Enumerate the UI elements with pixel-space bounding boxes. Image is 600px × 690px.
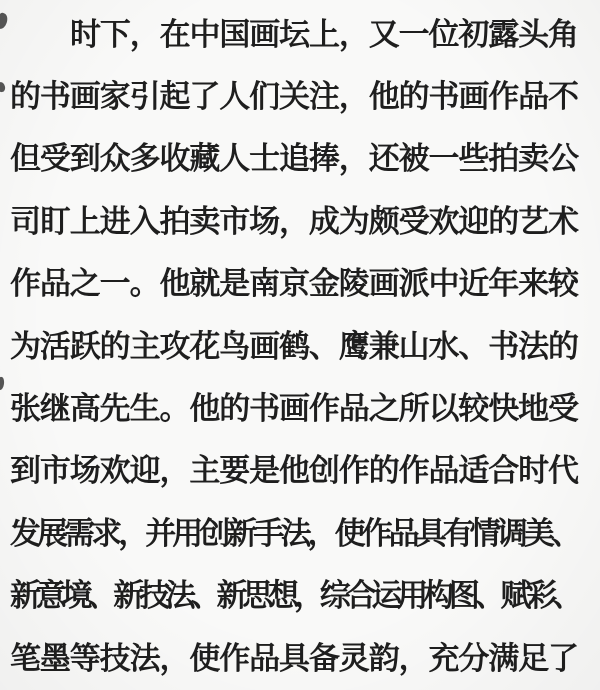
char: ， xyxy=(130,19,160,50)
char: 是 xyxy=(219,268,249,299)
text-line-6: 为活跃的主攻花鸟画鹤、鹰兼山水、书法的 xyxy=(10,315,578,377)
char: 之 xyxy=(70,268,100,299)
char: 颇 xyxy=(369,206,399,237)
char: 画 xyxy=(70,81,100,112)
char: 满 xyxy=(488,643,518,674)
char: 上 xyxy=(309,19,339,50)
char: 新 xyxy=(217,580,243,611)
char: 多 xyxy=(130,143,160,174)
char: 作 xyxy=(362,518,389,549)
char: 技 xyxy=(100,643,130,674)
char: 思 xyxy=(242,580,268,611)
text-line-5: 作品之一。他就是南京金陵画派中近年来较 xyxy=(10,253,578,315)
char: 画 xyxy=(249,331,279,362)
char: 人 xyxy=(219,143,249,174)
char: 起 xyxy=(159,81,189,112)
char: ， xyxy=(339,19,369,50)
char: 到 xyxy=(10,455,40,486)
char: 意 xyxy=(36,580,62,611)
char: 还 xyxy=(369,143,399,174)
char: 公 xyxy=(548,143,578,174)
char: 他 xyxy=(279,455,309,486)
char: 京 xyxy=(279,268,309,299)
char: 创 xyxy=(309,455,339,486)
char: 拍 xyxy=(488,143,518,174)
char: 露 xyxy=(488,19,518,50)
char: 的 xyxy=(399,81,429,112)
char: 所 xyxy=(399,393,429,424)
char: 继 xyxy=(40,393,70,424)
char: 画 xyxy=(279,393,309,424)
char: 作 xyxy=(10,268,40,299)
char: 快 xyxy=(488,393,518,424)
char: 合 xyxy=(346,580,372,611)
char: 书 xyxy=(249,393,279,424)
char: 图 xyxy=(449,580,475,611)
char: 画 xyxy=(249,19,279,50)
char: 用 xyxy=(172,518,199,549)
char: ， xyxy=(279,206,309,237)
char: 成 xyxy=(309,206,339,237)
text-line-2: 的书画家引起了人们关注，他的书画作品不 xyxy=(10,65,578,127)
char: 书 xyxy=(428,81,458,112)
char: 鹰 xyxy=(339,331,369,362)
char: 引 xyxy=(130,81,160,112)
char: 张 xyxy=(10,393,40,424)
char: 构 xyxy=(423,580,449,611)
char: 分 xyxy=(458,643,488,674)
char: 品 xyxy=(518,81,548,112)
char: 、 xyxy=(552,580,578,611)
char: 市 xyxy=(219,206,249,237)
char: 些 xyxy=(458,143,488,174)
char: 时 xyxy=(518,455,548,486)
char: 攻 xyxy=(159,331,189,362)
char: 国 xyxy=(219,19,249,50)
char: 上 xyxy=(70,206,100,237)
char: 需 xyxy=(64,518,91,549)
char: 场 xyxy=(70,455,100,486)
char: 时 xyxy=(70,19,100,50)
char: 地 xyxy=(518,393,548,424)
char: 品 xyxy=(339,393,369,424)
char: 他 xyxy=(369,81,399,112)
char: 手 xyxy=(253,518,280,549)
char: 花 xyxy=(189,331,219,362)
char: 追 xyxy=(279,143,309,174)
text-line-7: 张继高先生。他的书画作品之所以较快地受 xyxy=(10,377,578,439)
char: 的 xyxy=(548,331,578,362)
char: 运 xyxy=(371,580,397,611)
char: 使 xyxy=(335,518,362,549)
char: 市 xyxy=(40,455,70,486)
char: 他 xyxy=(189,393,219,424)
char: ， xyxy=(308,518,335,549)
char: 角 xyxy=(548,19,578,50)
char: 为 xyxy=(10,331,40,362)
text-line-9: 发展需求，并用创新手法，使作品具有情调美、 xyxy=(10,502,578,564)
char: 初 xyxy=(458,19,488,50)
char: 、 xyxy=(191,580,217,611)
char: 具 xyxy=(416,518,443,549)
char: 鸟 xyxy=(219,331,249,362)
char: 美 xyxy=(524,518,551,549)
scan-artifact xyxy=(0,12,9,30)
char: 新 xyxy=(226,518,253,549)
char: 的 xyxy=(369,455,399,486)
char: 备 xyxy=(309,643,339,674)
char: 中 xyxy=(428,268,458,299)
text-line-10: 新意境、新技法、新思想，综合运用构图、赋彩、 xyxy=(10,565,578,627)
char: 法 xyxy=(280,518,307,549)
char: 韵 xyxy=(369,643,399,674)
char: 卖 xyxy=(189,206,219,237)
char: 品 xyxy=(389,518,416,549)
char: 彩 xyxy=(526,580,552,611)
char: 情 xyxy=(470,518,497,549)
char: 作 xyxy=(219,643,249,674)
char: 入 xyxy=(130,206,160,237)
char: 作 xyxy=(488,81,518,112)
char: 司 xyxy=(10,206,40,237)
char: 受 xyxy=(548,393,578,424)
char: 、 xyxy=(87,580,113,611)
char: 灵 xyxy=(339,643,369,674)
char: 是 xyxy=(249,455,279,486)
char: 藏 xyxy=(189,143,219,174)
char: 具 xyxy=(279,643,309,674)
char: 派 xyxy=(399,268,429,299)
char: 注 xyxy=(309,81,339,112)
char: 水 xyxy=(428,331,458,362)
char: 。 xyxy=(130,268,160,299)
char: 调 xyxy=(497,518,524,549)
char: 较 xyxy=(458,393,488,424)
char: 迎 xyxy=(458,206,488,237)
char: 头 xyxy=(518,19,548,50)
char: 之 xyxy=(369,393,399,424)
char: 鹤 xyxy=(279,331,309,362)
char: 拍 xyxy=(159,206,189,237)
char: 求 xyxy=(91,518,118,549)
char: 南 xyxy=(249,268,279,299)
char: 作 xyxy=(339,455,369,486)
char: 下 xyxy=(100,19,130,50)
char: ， xyxy=(294,580,320,611)
char: ， xyxy=(118,518,145,549)
char: 盯 xyxy=(40,206,70,237)
char: 笔 xyxy=(10,643,40,674)
char: 用 xyxy=(397,580,423,611)
char: 、 xyxy=(458,331,488,362)
char: 代 xyxy=(548,455,578,486)
char: 又 xyxy=(369,19,399,50)
char: 位 xyxy=(429,19,459,50)
char: 为 xyxy=(339,206,369,237)
char: 金 xyxy=(309,268,339,299)
char: 足 xyxy=(518,643,548,674)
text-line-4: 司盯上进入拍卖市场，成为颇受欢迎的艺术 xyxy=(10,190,578,252)
scan-artifact xyxy=(0,377,5,391)
char: 发 xyxy=(10,518,37,549)
char: 以 xyxy=(428,393,458,424)
char: 术 xyxy=(548,206,578,237)
char: ， xyxy=(339,81,369,112)
char: 不 xyxy=(548,81,578,112)
char: 山 xyxy=(399,331,429,362)
char: 生 xyxy=(130,393,160,424)
char: 被 xyxy=(399,143,429,174)
char: 。 xyxy=(159,393,189,424)
char: 欢 xyxy=(428,206,458,237)
char: 、 xyxy=(551,518,578,549)
char: 要 xyxy=(219,455,249,486)
char: 一 xyxy=(428,143,458,174)
char: 合 xyxy=(488,455,518,486)
char: 新 xyxy=(113,580,139,611)
char: 一 xyxy=(100,268,130,299)
char: 品 xyxy=(249,643,279,674)
char: 卖 xyxy=(518,143,548,174)
char: 跃 xyxy=(70,331,100,362)
char: 新 xyxy=(10,580,36,611)
char: 充 xyxy=(428,643,458,674)
text-line-1: 时下，在中国画坛上，又一位初露头角 xyxy=(10,3,578,65)
char: 境 xyxy=(62,580,88,611)
char: ， xyxy=(159,643,189,674)
char: 较 xyxy=(548,268,578,299)
scan-artifact xyxy=(0,81,6,92)
char: 众 xyxy=(100,143,130,174)
char: 关 xyxy=(279,81,309,112)
char: 的 xyxy=(219,393,249,424)
char: 并 xyxy=(145,518,172,549)
char: 有 xyxy=(443,518,470,549)
char: 、 xyxy=(475,580,501,611)
char: 欢 xyxy=(100,455,130,486)
article-text: 时下，在中国画坛上，又一位初露头角 的书画家引起了人们关注，他的书画作品不 但受… xyxy=(10,3,578,689)
char: 高 xyxy=(70,393,100,424)
char: 迎 xyxy=(130,455,160,486)
char: 创 xyxy=(199,518,226,549)
char: ， xyxy=(399,643,429,674)
char: 坛 xyxy=(279,19,309,50)
char: 主 xyxy=(189,455,219,486)
char: 受 xyxy=(399,206,429,237)
char: 陵 xyxy=(339,268,369,299)
char: 在 xyxy=(160,19,190,50)
char: 法 xyxy=(518,331,548,362)
char: 书 xyxy=(488,331,518,362)
char: 收 xyxy=(159,143,189,174)
char: 了 xyxy=(189,81,219,112)
char: 技 xyxy=(139,580,165,611)
char: 、 xyxy=(309,331,339,362)
char: 墨 xyxy=(40,643,70,674)
char: 法 xyxy=(130,643,160,674)
char: 法 xyxy=(165,580,191,611)
char: 受 xyxy=(40,143,70,174)
char: 赋 xyxy=(500,580,526,611)
char: 家 xyxy=(100,81,130,112)
char: 展 xyxy=(37,518,64,549)
char: 年 xyxy=(488,268,518,299)
char: 就 xyxy=(189,268,219,299)
text-line-11: 笔墨等技法，使作品具备灵韵，充分满足了 xyxy=(10,627,578,689)
char: 的 xyxy=(488,206,518,237)
char: 使 xyxy=(189,643,219,674)
char: ， xyxy=(339,143,369,174)
char: 捧 xyxy=(309,143,339,174)
char: 书 xyxy=(40,81,70,112)
char: 等 xyxy=(70,643,100,674)
char: 想 xyxy=(268,580,294,611)
char: 作 xyxy=(309,393,339,424)
char: 近 xyxy=(458,268,488,299)
char: 活 xyxy=(40,331,70,362)
char: 画 xyxy=(458,81,488,112)
char: 适 xyxy=(458,455,488,486)
char: 先 xyxy=(100,393,130,424)
text-line-8: 到市场欢迎，主要是他创作的作品适合时代 xyxy=(10,440,578,502)
char: 兼 xyxy=(369,331,399,362)
char: 他 xyxy=(159,268,189,299)
char: 综 xyxy=(320,580,346,611)
char: 品 xyxy=(428,455,458,486)
char: 了 xyxy=(548,643,578,674)
char: 画 xyxy=(369,268,399,299)
char: 进 xyxy=(100,206,130,237)
char: 士 xyxy=(249,143,279,174)
char: 到 xyxy=(70,143,100,174)
char: 们 xyxy=(249,81,279,112)
char: 主 xyxy=(130,331,160,362)
char: 一 xyxy=(399,19,429,50)
char: 中 xyxy=(190,19,220,50)
char: 人 xyxy=(219,81,249,112)
char: 场 xyxy=(249,206,279,237)
char: ， xyxy=(159,455,189,486)
char: 的 xyxy=(100,331,130,362)
char: 但 xyxy=(10,143,40,174)
char: 的 xyxy=(10,81,40,112)
char: 艺 xyxy=(518,206,548,237)
document-page: 时下，在中国画坛上，又一位初露头角 的书画家引起了人们关注，他的书画作品不 但受… xyxy=(0,0,600,690)
char: 来 xyxy=(518,268,548,299)
text-line-3: 但受到众多收藏人士追捧，还被一些拍卖公 xyxy=(10,128,578,190)
char: 作 xyxy=(399,455,429,486)
char: 品 xyxy=(40,268,70,299)
